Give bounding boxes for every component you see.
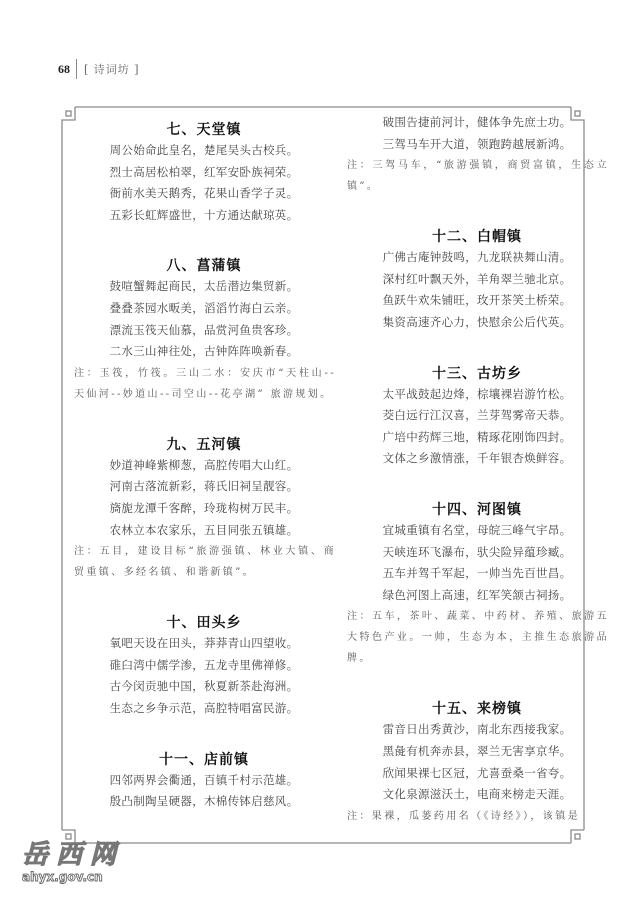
poem-line: 欣闻果裸七区冠，尤喜蚕桑一省夸。 xyxy=(357,763,597,785)
poem-line: 破围告捷前河计，健体争先庶士功。 xyxy=(357,112,597,134)
poem-line: 氧吧天设在田头，莽莽青山四望收。 xyxy=(84,633,324,655)
poem-note: 注：玉筏，竹筏。三山二水：安庆市“天柱山--天仙河--妙道山--司空山--花亭湖… xyxy=(74,363,336,405)
poem-line: 农林立本农家乐，五目同张五镇雄。 xyxy=(84,520,324,542)
poem-line: 集资高速齐心力，快慰余公后代英。 xyxy=(357,312,597,334)
poem-gufang: 十三、古坊乡 太平战鼓起边烽，棕壤裸岩游竹松。 茭白远行江汉喜，兰芽驾雾帝天恭。… xyxy=(357,364,597,470)
poem-line: 碓臼湾中儒学渗，五龙寺里佛禅修。 xyxy=(84,655,324,677)
poem-line: 宜城重镇有名堂，母皖三峰气宇昂。 xyxy=(357,520,597,542)
poem-line: 鱼跃牛欢朱铺旺，玫开茶笑土桥荣。 xyxy=(357,290,597,312)
poem-tiantou: 十、田头乡 氧吧天设在田头，莽莽青山四望收。 碓臼湾中儒学渗，五龙寺里佛禅修。 … xyxy=(84,613,324,719)
header-divider xyxy=(76,59,77,79)
poem-tiantang: 七、天堂镇 周公始命此皇名，楚尾吴头古校兵。 烈士高居松柏翠，红军安卧族祠荣。 … xyxy=(84,120,324,226)
poem-line: 绿色河图上高速，红军笑颔古祠扬。 xyxy=(357,585,597,607)
poem-title: 十三、古坊乡 xyxy=(357,364,597,384)
poem-line: 旖旎龙潭千客醉，玲珑构树万民丰。 xyxy=(84,498,324,520)
poem-line: 烈士高居松柏翠，红军安卧族祠荣。 xyxy=(84,162,324,184)
poem-line: 文化泉源滋沃土，电商来榜走天涯。 xyxy=(357,784,597,806)
poem-line: 周公始命此皇名，楚尾吴头古校兵。 xyxy=(84,140,324,162)
poem-title: 十四、河图镇 xyxy=(357,500,597,520)
poem-title: 十五、来榜镇 xyxy=(357,699,597,719)
poem-line: 雷音日出秀黄沙，南北东西接我家。 xyxy=(357,719,597,741)
poem-line: 广培中药辉三地，精琢花刚饰四封。 xyxy=(357,427,597,449)
watermark-url: ahyx.gov.cn xyxy=(16,870,126,884)
poem-title: 十一、店前镇 xyxy=(84,750,324,770)
poem-line: 叠叠茶园水畈美，滔滔竹海白云亲。 xyxy=(84,298,324,320)
poem-title: 十、田头乡 xyxy=(84,613,324,633)
poem-line: 文体之乡激情涨，千年银杏焕鲜容。 xyxy=(357,448,597,470)
poem-wuhe: 九、五河镇 妙道神峰紫柳葱，高腔传唱大山红。 河南古落流新彩，蒋氏旧祠呈靓容。 … xyxy=(84,435,324,583)
poem-dianqian: 十一、店前镇 四邻两界会衢通，百镇千村示范雄。 殷凸制陶呈硬器，木棉传钵启慈风。 xyxy=(84,750,324,813)
poem-line: 茭白远行江汉喜，兰芽驾雾帝天恭。 xyxy=(357,405,597,427)
section-name: [ 诗词坊 ] xyxy=(84,61,140,77)
site-watermark: 岳西网 ahyx.gov.cn xyxy=(16,840,126,884)
poem-line: 河南古落流新彩，蒋氏旧祠呈靓容。 xyxy=(84,476,324,498)
poem-line: 三驾马车开大道，领跑跨越展新鸿。 xyxy=(357,134,597,156)
poem-dianqian-continued: 破围告捷前河计，健体争先庶士功。 三驾马车开大道，领跑跨越展新鸿。 注：三驾马车… xyxy=(357,112,597,197)
poem-line: 殷凸制陶呈硬器，木棉传钵启慈风。 xyxy=(84,791,324,813)
poem-line: 鼓喧蟹舞起商民，太岳潜边集贸新。 xyxy=(84,276,324,298)
poem-line: 广佛古庵钟鼓鸣，九龙联袂舞山清。 xyxy=(357,247,597,269)
poem-laibang: 十五、来榜镇 雷音日出秀黄沙，南北东西接我家。 黑彘有机奔赤县，翠兰无害享京华。… xyxy=(357,699,597,826)
poem-line: 古今闵贡驰中国，秋夏新茶赴海洲。 xyxy=(84,676,324,698)
poem-line: 衙前水美天鹅秀，花果山香学子灵。 xyxy=(84,183,324,205)
poem-hetu: 十四、河图镇 宜城重镇有名堂，母皖三峰气宇昂。 天峡连环飞瀑布，驮尖险异蕴珍臧。… xyxy=(357,500,597,669)
watermark-logo-text: 岳西网 xyxy=(16,840,126,870)
poem-line: 太平战鼓起边烽，棕壤裸岩游竹松。 xyxy=(357,384,597,406)
poem-title: 七、天堂镇 xyxy=(84,120,324,140)
poem-line: 五车并驾千军起，一帅当先百世昌。 xyxy=(357,563,597,585)
left-column: 七、天堂镇 周公始命此皇名，楚尾吴头古校兵。 烈士高居松柏翠，红军安卧族祠荣。 … xyxy=(84,112,324,813)
poem-line: 五彩长虹辉盛世，十方通达献琼英。 xyxy=(84,205,324,227)
poem-line: 妙道神峰紫柳葱，高腔传唱大山红。 xyxy=(84,455,324,477)
poem-line: 黑彘有机奔赤县，翠兰无害享京华。 xyxy=(357,741,597,763)
poem-changpu: 八、菖蒲镇 鼓喧蟹舞起商民，太岳潜边集贸新。 叠叠茶园水畈美，滔滔竹海白云亲。 … xyxy=(84,256,324,404)
poem-title: 八、菖蒲镇 xyxy=(84,256,324,276)
poem-line: 生态之乡争示范，高腔特唱富民游。 xyxy=(84,698,324,720)
poem-title: 十二、白帽镇 xyxy=(357,227,597,247)
page-header: 68 [ 诗词坊 ] xyxy=(58,60,140,78)
poem-note: 注：果裸，瓜蒌药用名（《诗经》），该镇是 xyxy=(347,806,609,827)
page-number: 68 xyxy=(58,62,70,77)
poem-line: 四邻两界会衢通，百镇千村示范雄。 xyxy=(84,770,324,792)
poem-note: 注：五目，建设目标“旅游强镇、林业大镇、商贸重镇、多经名镇、和谐新镇”。 xyxy=(74,541,336,583)
poem-line: 深村红叶飘天外，羊角翠兰驰北京。 xyxy=(357,269,597,291)
right-column: 破围告捷前河计，健体争先庶士功。 三驾马车开大道，领跑跨越展新鸿。 注：三驾马车… xyxy=(357,112,597,827)
poem-line: 漂流玉筏天仙慕，品赏河鱼贵客珍。 xyxy=(84,320,324,342)
poem-title: 九、五河镇 xyxy=(84,435,324,455)
poem-baimao: 十二、白帽镇 广佛古庵钟鼓鸣，九龙联袂舞山清。 深村红叶飘天外，羊角翠兰驰北京。… xyxy=(357,227,597,333)
poem-note: 注：三驾马车，“旅游强镇，商贸富镇，生态立镇”。 xyxy=(347,155,609,197)
poem-line: 天峡连环飞瀑布，驮尖险异蕴珍臧。 xyxy=(357,542,597,564)
poem-line: 二水三山神往处，古钟阵阵唤新春。 xyxy=(84,341,324,363)
poem-note: 注：五车，茶叶、蔬菜、中药材、养殖、旅游五大特色产业。一帅，生态为本，主推生态旅… xyxy=(347,606,609,669)
